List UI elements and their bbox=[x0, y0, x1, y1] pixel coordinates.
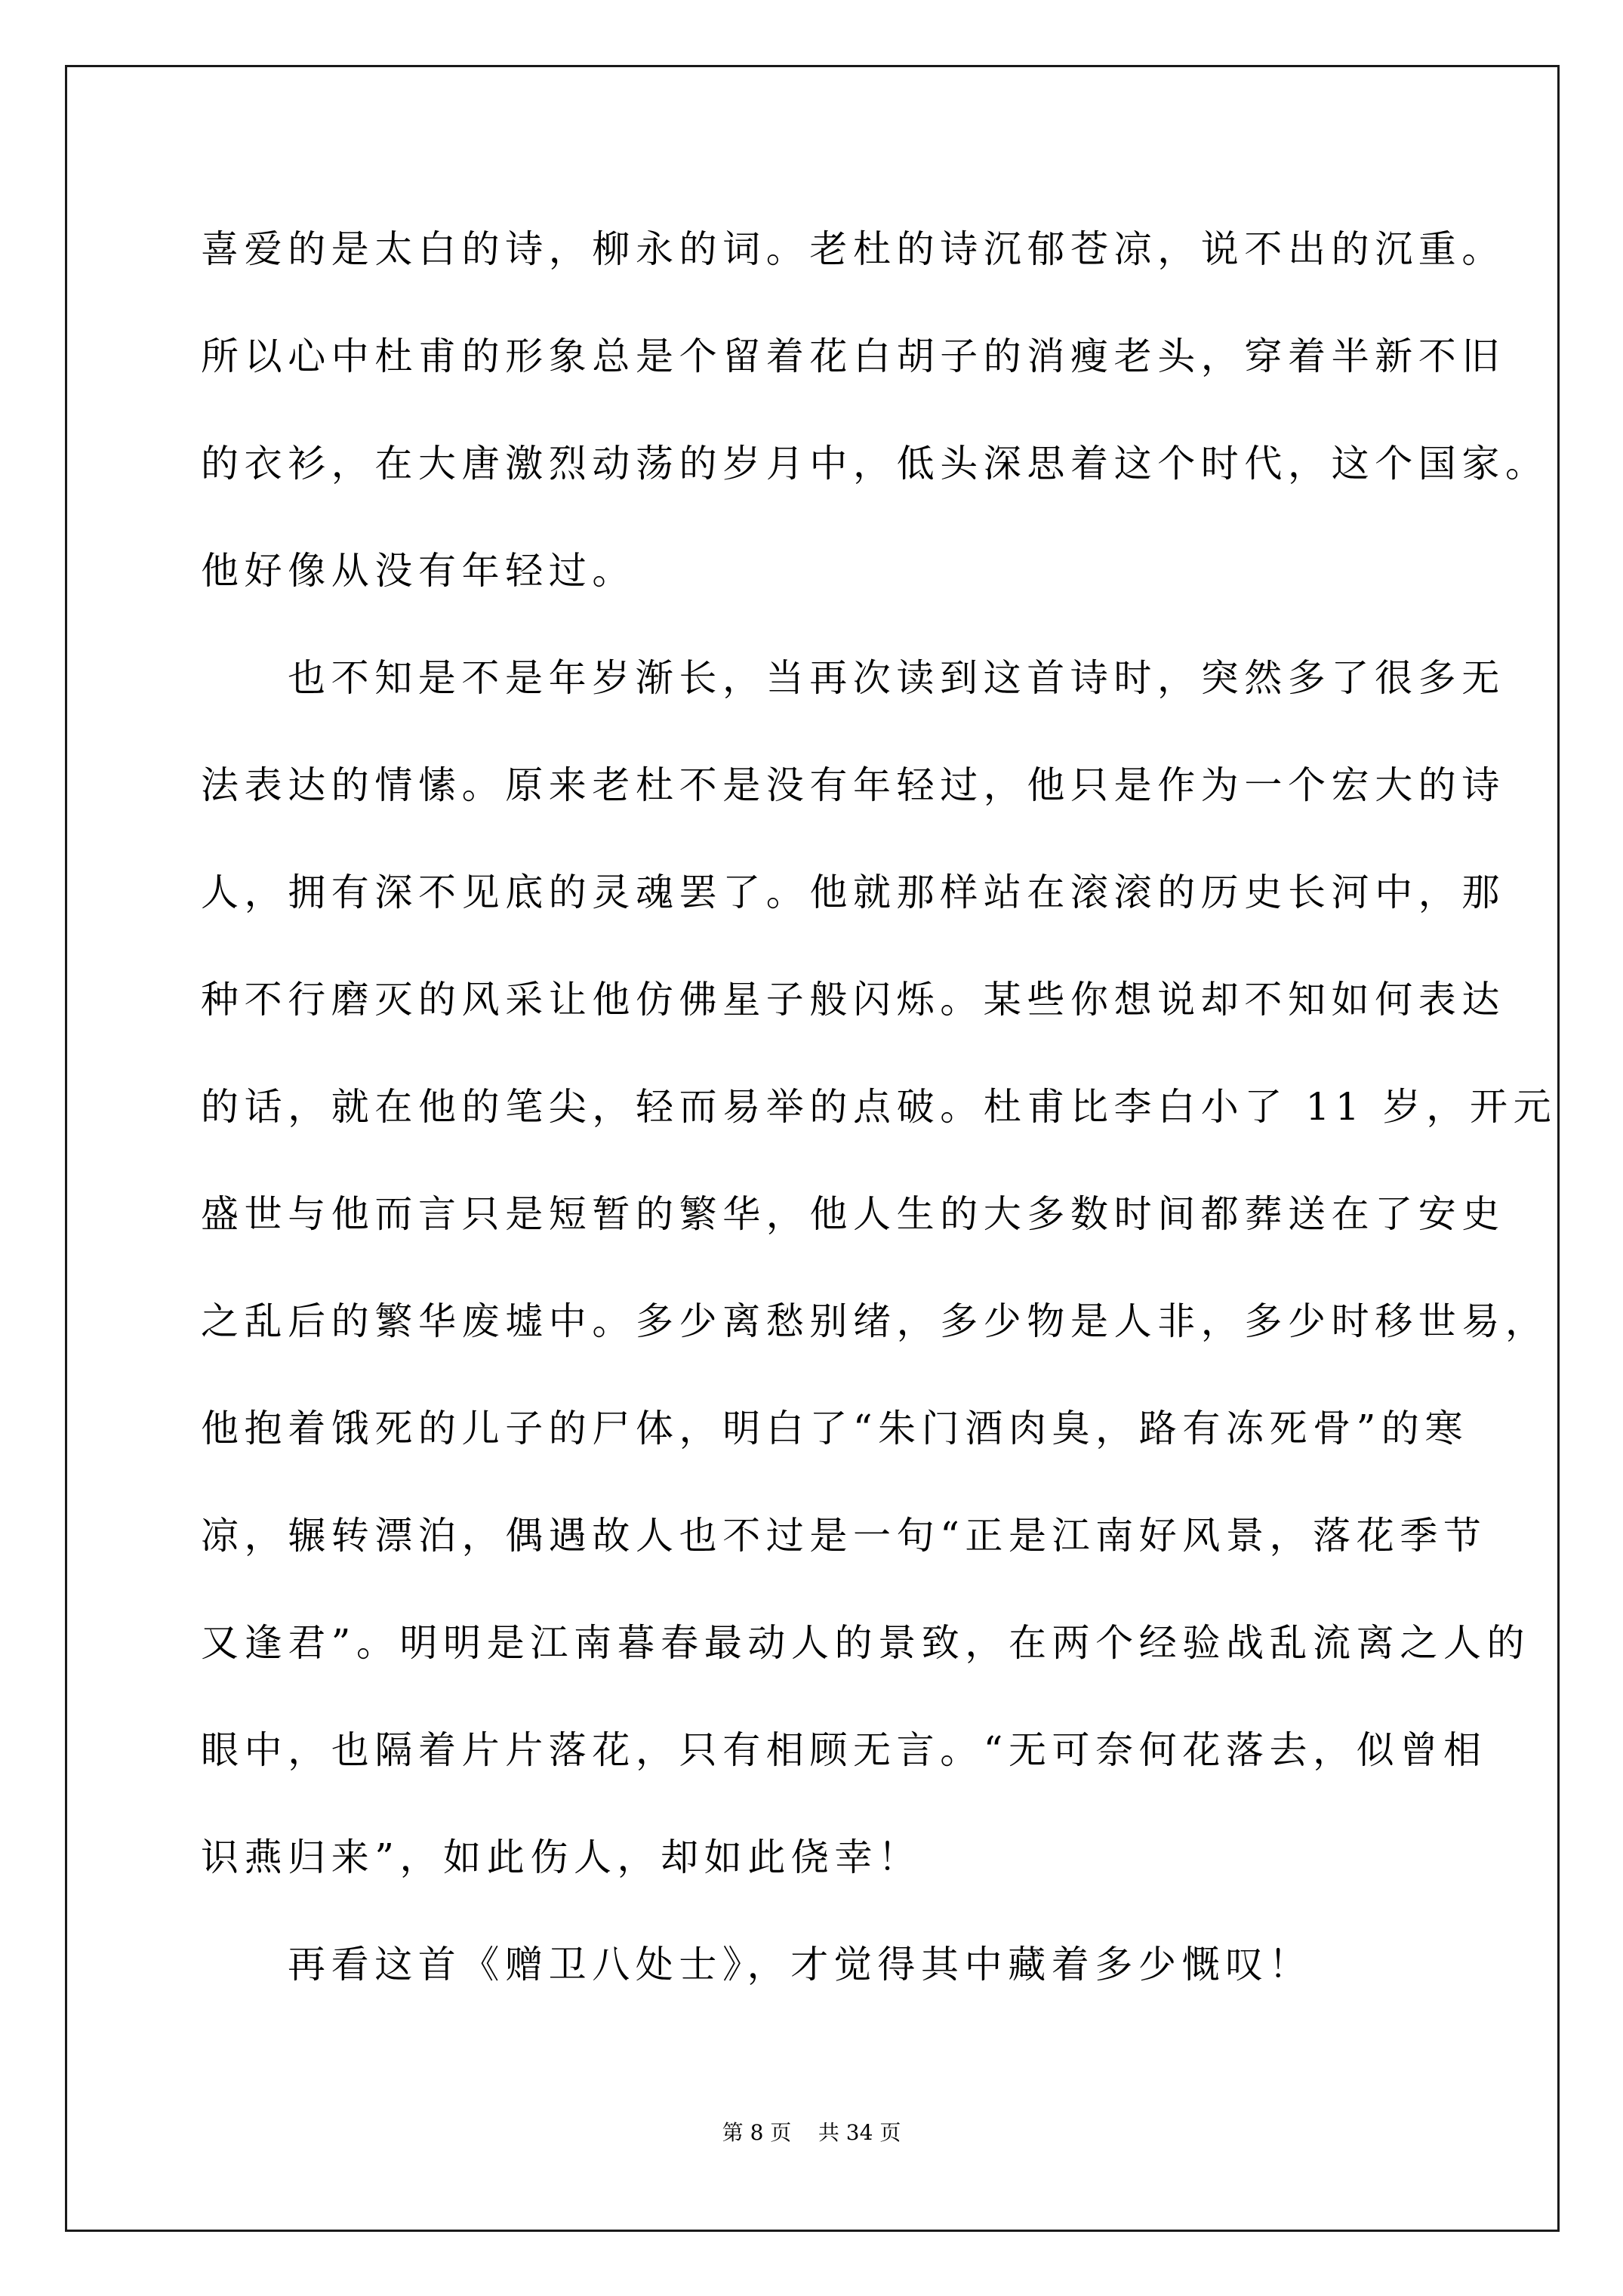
text-line: 他抱着饿死的儿子的尸体，明白了“朱门酒肉臭，路有冻死骨”的寒 bbox=[201, 1375, 1484, 1482]
text-line: 的话，就在他的笔尖，轻而易举的点破。杜甫比李白小了 11 岁，开元 bbox=[201, 1053, 1484, 1160]
text-line: 法表达的情愫。原来老杜不是没有年轻过，他只是作为一个宏大的诗 bbox=[201, 732, 1484, 839]
text-line: 的衣衫，在大唐激烈动荡的岁月中，低头深思着这个时代，这个国家。 bbox=[201, 410, 1484, 517]
text-line: 眼中，也隔着片片落花，只有相顾无言。“无可奈何花落去，似曾相 bbox=[201, 1697, 1484, 1804]
document-body: 喜爱的是太白的诗，柳永的词。老杜的诗沉郁苍凉，说不出的沉重。 所以心中杜甫的形象… bbox=[201, 196, 1484, 2018]
text-line: 他好像从没有年轻过。 bbox=[201, 517, 1484, 624]
text-line: 也不知是不是年岁渐长，当再次读到这首诗时，突然多了很多无 bbox=[201, 624, 1484, 732]
text-line: 识燕归来”，如此伤人，却如此侥幸！ bbox=[201, 1804, 1484, 1911]
text-line: 凉，辗转漂泊，偶遇故人也不过是一句“正是江南好风景，落花季节 bbox=[201, 1482, 1484, 1589]
text-line: 种不行磨灭的风采让他仿佛星子般闪烁。某些你想说却不知如何表达 bbox=[201, 946, 1484, 1053]
page-number-footer: 第 8 页 共 34 页 bbox=[0, 2118, 1623, 2148]
text-line: 喜爱的是太白的诗，柳永的词。老杜的诗沉郁苍凉，说不出的沉重。 bbox=[201, 196, 1484, 303]
text-line: 再看这首《赠卫八处士》，才觉得其中藏着多少慨叹！ bbox=[201, 1911, 1484, 2018]
text-line: 又逢君”。明明是江南暮春最动人的景致，在两个经验战乱流离之人的 bbox=[201, 1589, 1484, 1697]
text-line: 盛世与他而言只是短暂的繁华，他人生的大多数时间都葬送在了安史 bbox=[201, 1160, 1484, 1268]
text-line: 人，拥有深不见底的灵魂罢了。他就那样站在滚滚的历史长河中，那 bbox=[201, 839, 1484, 946]
text-line: 之乱后的繁华废墟中。多少离愁别绪，多少物是人非，多少时移世易， bbox=[201, 1268, 1484, 1375]
text-line: 所以心中杜甫的形象总是个留着花白胡子的消瘦老头，穿着半新不旧 bbox=[201, 303, 1484, 410]
